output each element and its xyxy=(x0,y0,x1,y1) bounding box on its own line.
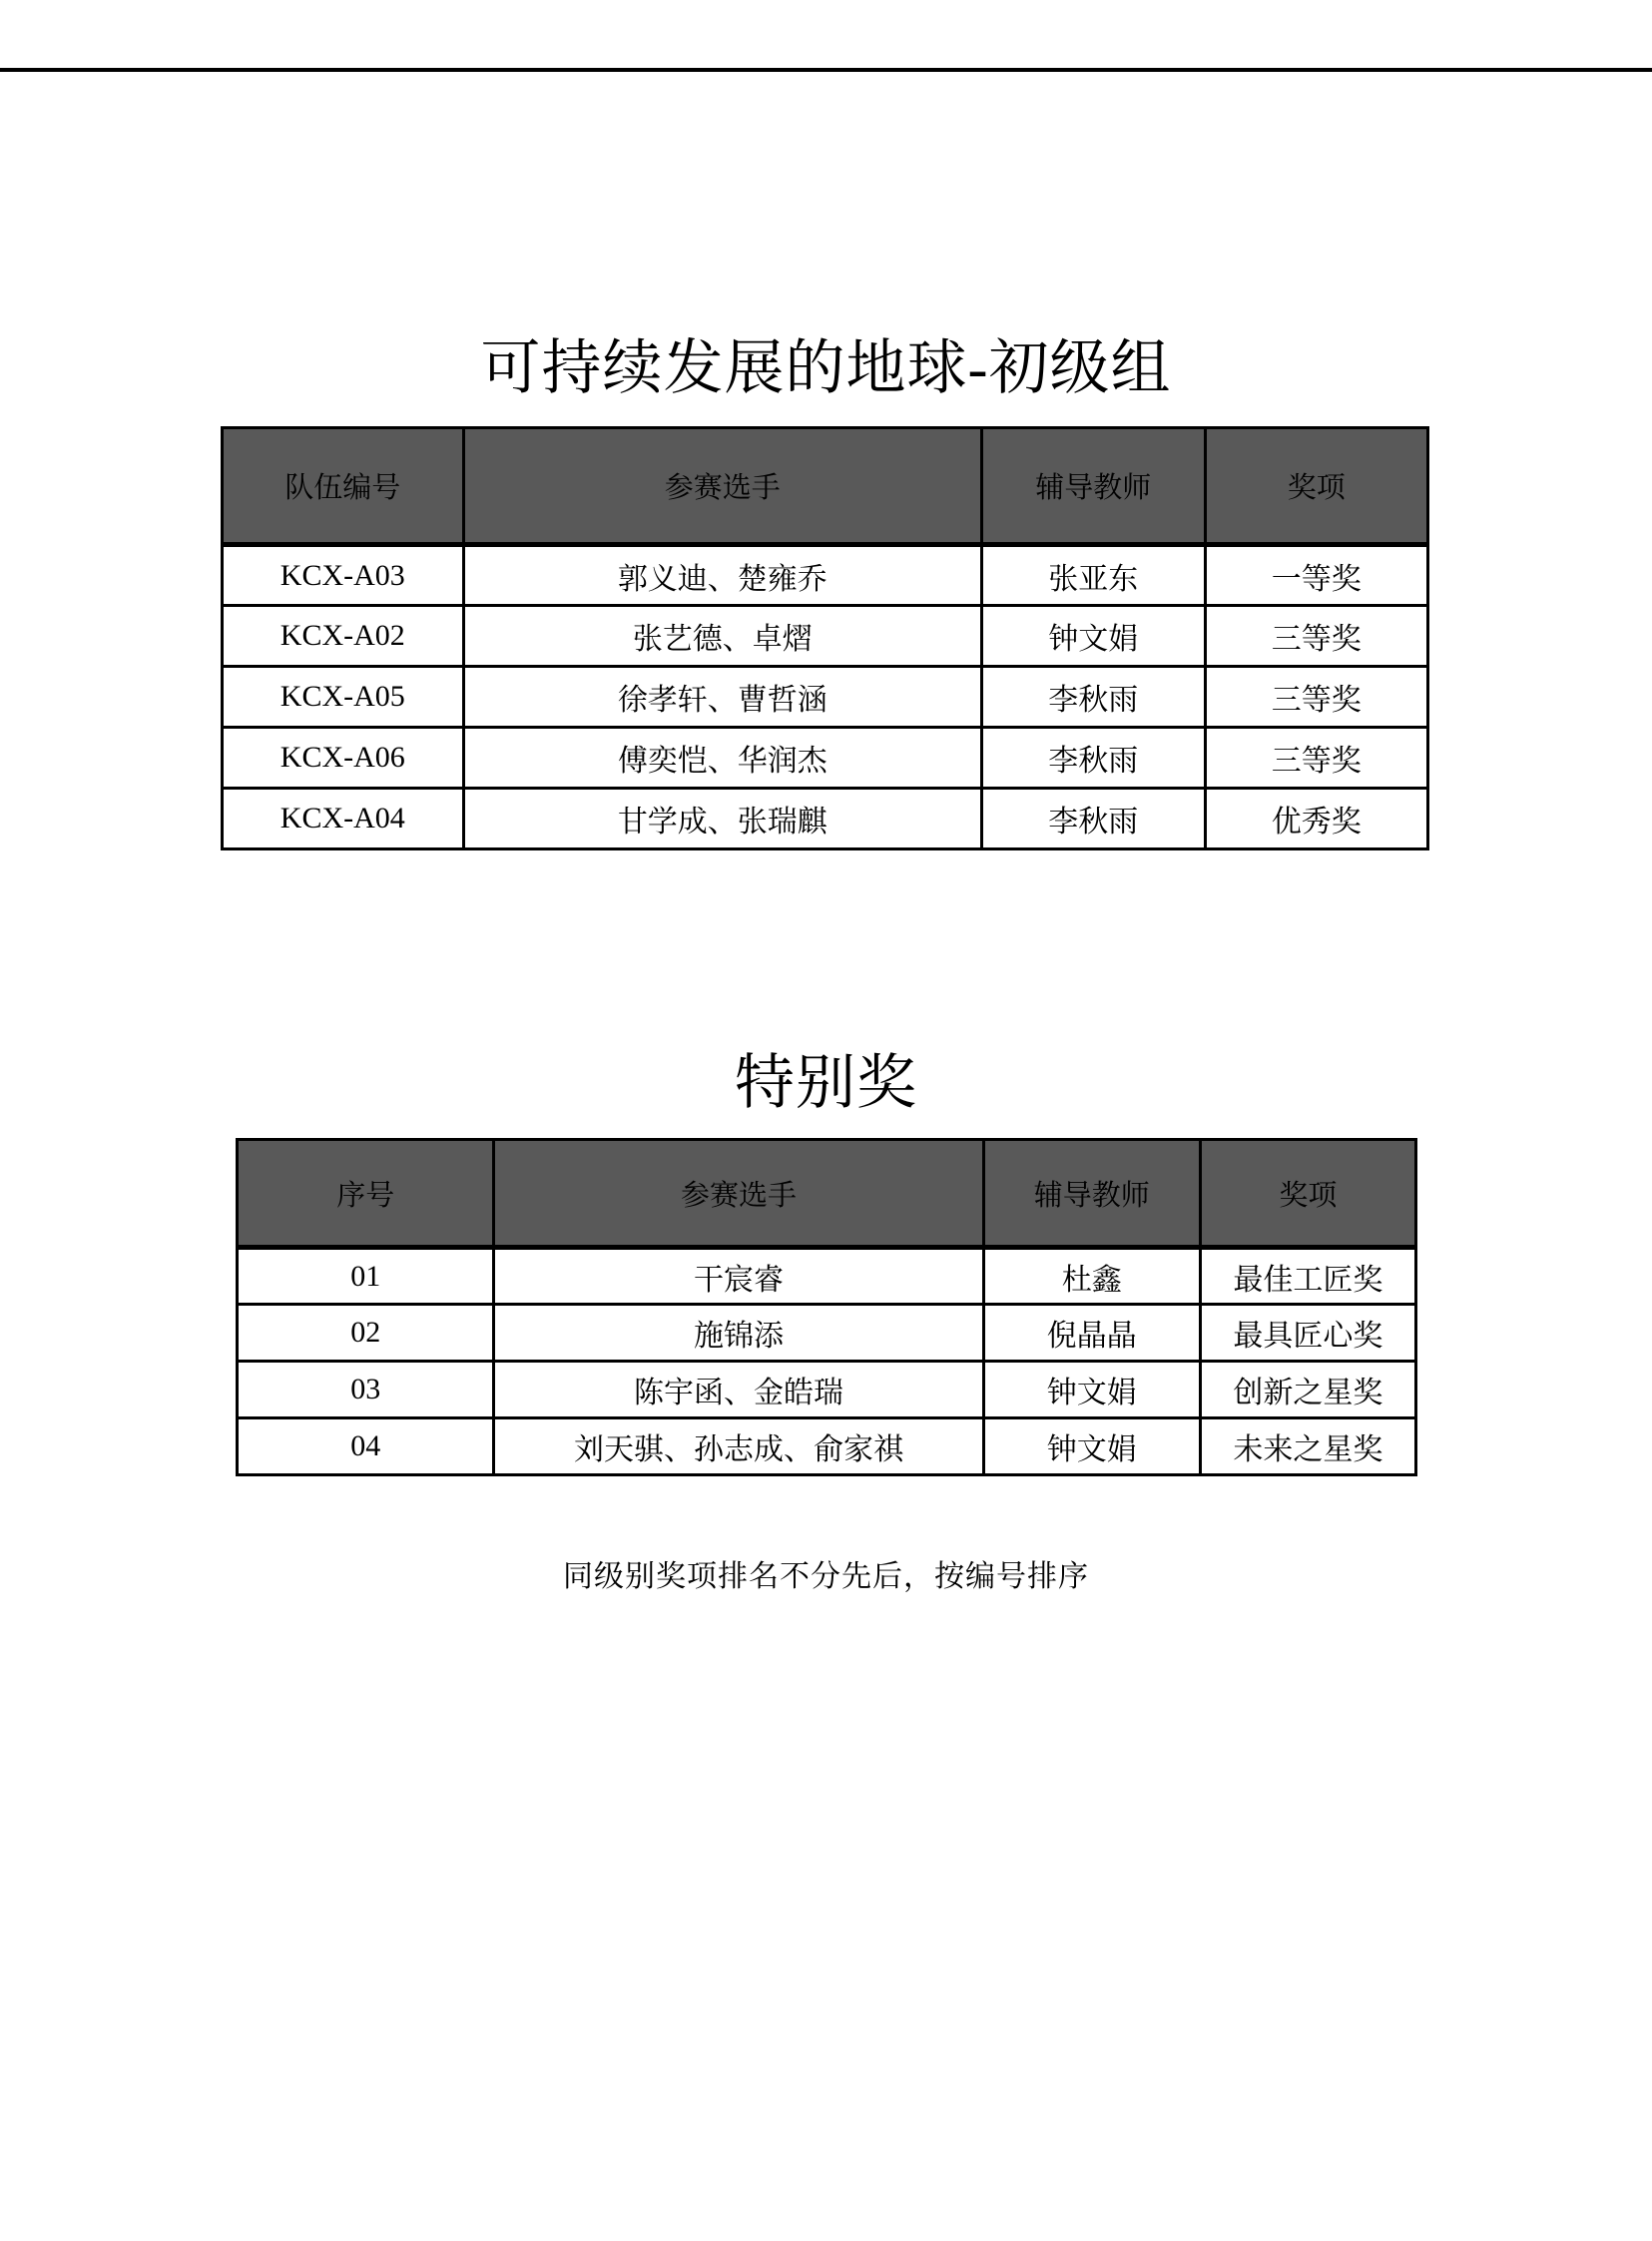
award-cell: 最具匠心奖 xyxy=(1200,1305,1415,1362)
table-row: KCX-A06 傅奕恺、华润杰 李秋雨 三等奖 xyxy=(223,728,1428,789)
team-code-cell: KCX-A05 xyxy=(223,667,464,728)
teacher-cell: 李秋雨 xyxy=(982,667,1205,728)
column-header-team-code: 队伍编号 xyxy=(223,428,464,545)
junior-group-table-container: 队伍编号 参赛选手 辅导教师 奖项 KCX-A03 郭义迪、楚雍乔 张亚东 一等… xyxy=(221,426,1429,850)
table-row: 01 干宸睿 杜鑫 最佳工匠奖 xyxy=(238,1248,1416,1305)
table-row: KCX-A02 张艺德、卓熠 钟文娟 三等奖 xyxy=(223,606,1428,667)
award-cell: 一等奖 xyxy=(1205,545,1428,606)
table-row: 02 施锦添 倪晶晶 最具匠心奖 xyxy=(238,1305,1416,1362)
section-title-special-award: 特别奖 xyxy=(0,1050,1652,1116)
serial-number-cell: 03 xyxy=(238,1362,494,1418)
special-awards-table: 序号 参赛选手 辅导教师 奖项 01 干宸睿 杜鑫 最佳工匠奖 02 施锦添 倪… xyxy=(236,1138,1417,1476)
award-cell: 创新之星奖 xyxy=(1200,1362,1415,1418)
contestants-cell: 傅奕恺、华润杰 xyxy=(463,728,981,789)
award-cell: 三等奖 xyxy=(1205,728,1428,789)
column-header-contestants: 参赛选手 xyxy=(494,1140,983,1248)
award-cell: 三等奖 xyxy=(1205,667,1428,728)
team-code-cell: KCX-A02 xyxy=(223,606,464,667)
teacher-cell: 钟文娟 xyxy=(982,606,1205,667)
contestants-cell: 施锦添 xyxy=(494,1305,983,1362)
award-cell: 最佳工匠奖 xyxy=(1200,1248,1415,1305)
team-code-cell: KCX-A03 xyxy=(223,545,464,606)
column-header-serial-number: 序号 xyxy=(238,1140,494,1248)
serial-number-cell: 02 xyxy=(238,1305,494,1362)
column-header-award: 奖项 xyxy=(1200,1140,1415,1248)
table-row: KCX-A04 甘学成、张瑞麒 李秋雨 优秀奖 xyxy=(223,789,1428,849)
contestants-cell: 陈宇函、金皓瑞 xyxy=(494,1362,983,1418)
teacher-cell: 钟文娟 xyxy=(983,1418,1200,1475)
ranking-footnote: 同级别奖项排名不分先后，按编号排序 xyxy=(0,1551,1652,1595)
contestants-cell: 干宸睿 xyxy=(494,1248,983,1305)
column-header-contestants: 参赛选手 xyxy=(463,428,981,545)
contestants-cell: 郭义迪、楚雍乔 xyxy=(463,545,981,606)
award-cell: 三等奖 xyxy=(1205,606,1428,667)
contestants-cell: 刘天骐、孙志成、俞家祺 xyxy=(494,1418,983,1475)
column-header-teacher: 辅导教师 xyxy=(982,428,1205,545)
section-title-junior-group: 可持续发展的地球-初级组 xyxy=(0,335,1652,401)
column-header-award: 奖项 xyxy=(1205,428,1428,545)
table-row: KCX-A03 郭义迪、楚雍乔 张亚东 一等奖 xyxy=(223,545,1428,606)
teacher-cell: 李秋雨 xyxy=(982,728,1205,789)
table-row: 03 陈宇函、金皓瑞 钟文娟 创新之星奖 xyxy=(238,1362,1416,1418)
column-header-teacher: 辅导教师 xyxy=(983,1140,1200,1248)
serial-number-cell: 01 xyxy=(238,1248,494,1305)
teacher-cell: 钟文娟 xyxy=(983,1362,1200,1418)
teacher-cell: 张亚东 xyxy=(982,545,1205,606)
contestants-cell: 甘学成、张瑞麒 xyxy=(463,789,981,849)
team-code-cell: KCX-A04 xyxy=(223,789,464,849)
contestants-cell: 徐孝轩、曹哲涵 xyxy=(463,667,981,728)
header-divider-rule xyxy=(0,68,1652,72)
teacher-cell: 杜鑫 xyxy=(983,1248,1200,1305)
table-header-row: 队伍编号 参赛选手 辅导教师 奖项 xyxy=(223,428,1428,545)
junior-group-awards-table: 队伍编号 参赛选手 辅导教师 奖项 KCX-A03 郭义迪、楚雍乔 张亚东 一等… xyxy=(221,426,1429,850)
contestants-cell: 张艺德、卓熠 xyxy=(463,606,981,667)
team-code-cell: KCX-A06 xyxy=(223,728,464,789)
award-cell: 未来之星奖 xyxy=(1200,1418,1415,1475)
table-header-row: 序号 参赛选手 辅导教师 奖项 xyxy=(238,1140,1416,1248)
special-award-table-container: 序号 参赛选手 辅导教师 奖项 01 干宸睿 杜鑫 最佳工匠奖 02 施锦添 倪… xyxy=(236,1138,1417,1476)
serial-number-cell: 04 xyxy=(238,1418,494,1475)
teacher-cell: 李秋雨 xyxy=(982,789,1205,849)
award-cell: 优秀奖 xyxy=(1205,789,1428,849)
table-row: KCX-A05 徐孝轩、曹哲涵 李秋雨 三等奖 xyxy=(223,667,1428,728)
table-row: 04 刘天骐、孙志成、俞家祺 钟文娟 未来之星奖 xyxy=(238,1418,1416,1475)
teacher-cell: 倪晶晶 xyxy=(983,1305,1200,1362)
